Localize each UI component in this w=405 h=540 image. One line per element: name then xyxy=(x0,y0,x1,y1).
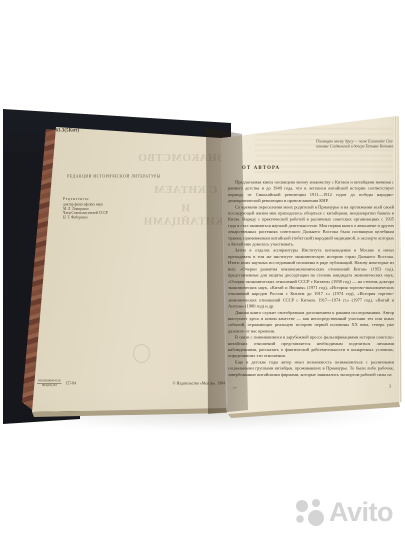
showthrough-title-line: С КИТАЕМ xyxy=(148,183,223,196)
body-paragraph: В связи с появившимися в зарубежной прес… xyxy=(228,334,394,359)
showthrough-title: ЗНАКОМСТВО С КИТАЕМ И КИТАЙЦАМИ xyxy=(148,151,223,216)
imprint-code-suffix: 157-84 xyxy=(66,381,76,386)
reviewers-label: Рецензенты: xyxy=(63,197,108,201)
imprint-code: 0503000000-030 004(01)-84 xyxy=(37,379,62,387)
edition-line: РЕДАКЦИИ ИСТОРИЧЕСКОЙ ЛИТЕРАТУРЫ xyxy=(64,174,164,179)
body-paragraph: Еще в детские годы автор имел возможност… xyxy=(228,359,394,378)
body-paragraph: Данная книга служит своеобразным дополне… xyxy=(228,309,394,334)
reviewers-block: Рецензенты: доктор философских наук М. Л… xyxy=(63,197,108,220)
showthrough-title-line: ЗНАКОМСТВО xyxy=(148,151,223,164)
reviewer-line: Н. Т. Федоренко xyxy=(63,216,108,220)
copyright-line: © Издательство «Мысль». 1984 xyxy=(173,381,225,386)
publisher-emblem-showthrough xyxy=(133,344,150,363)
avito-watermark: Avito xyxy=(294,498,393,527)
body-paragraph: Предлагаемая книга посвящена моему знако… xyxy=(228,179,394,204)
imprint-row: С 0503000000-030 004(01)-84 157-84 © Изд… xyxy=(32,379,227,387)
signature-mark: 1* xyxy=(233,386,237,390)
imprint-code-denominator: 004(01)-84 xyxy=(37,383,62,387)
edition-line-wrap: РЕДАКЦИИ ИСТОРИЧЕСКОЙ ЛИТЕРАТУРЫ xyxy=(64,174,164,179)
avito-logo-icon xyxy=(294,498,326,527)
product-photo: ББК 63.3(5Кит) С 47 М. И. Сладковский ЗН… xyxy=(0,0,405,540)
showthrough-text-lines xyxy=(255,128,393,174)
avito-label: Avito xyxy=(329,499,393,526)
page-number: 3 xyxy=(389,384,391,389)
body-text: Предлагаемая книга посвящена моему знако… xyxy=(228,179,394,378)
body-paragraph: Со времени переселения моих родителей в … xyxy=(228,204,394,247)
body-paragraph: Затем в отделах аспирантуры Института ки… xyxy=(228,247,394,309)
showthrough-title-line: И КИТАЙЦАМИ xyxy=(148,202,223,228)
